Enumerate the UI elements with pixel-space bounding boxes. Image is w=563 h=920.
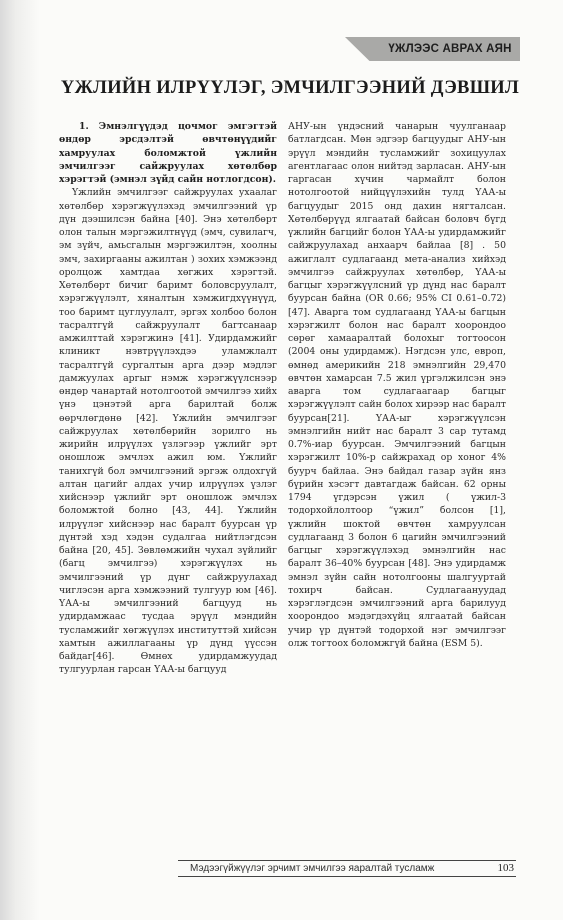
footer-rule-bottom — [178, 876, 516, 877]
section-heading: 1. Эмнэлгүүдэд цочмог эмгэгтэй өндөр эрс… — [59, 120, 277, 186]
body-paragraph-right: АНУ-ын үндэсний чанарын чуулганаар батла… — [288, 120, 506, 650]
section-label: ҮЖЛЭЭС АВРАХ АЯН — [380, 37, 520, 61]
text-column-left: 1. Эмнэлгүүдэд цочмог эмгэгтэй өндөр эрс… — [59, 120, 277, 677]
footer-running-title: Мэдээгүйжүүлэг эрчимт эмчилгээ яаралтай … — [190, 861, 470, 876]
text-column-right: АНУ-ын үндэсний чанарын чуулганаар батла… — [288, 120, 506, 650]
article-title: ҮЖЛИЙН ИЛРҮҮЛЭГ, ЭМЧИЛГЭЭНИЙ ДЭВШИЛ — [60, 78, 520, 99]
section-tab: ҮЖЛЭЭС АВРАХ АЯН — [345, 37, 520, 61]
page-number: 103 — [478, 861, 514, 876]
page-gutter-shadow — [0, 0, 40, 920]
body-paragraph-left: Үжлийн эмчилгээг сайжруулах ухаалаг хөтө… — [59, 186, 277, 676]
